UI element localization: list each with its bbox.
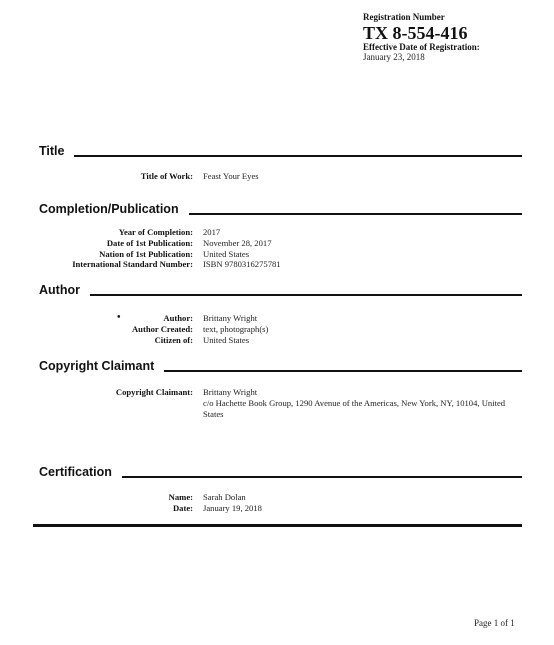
field-label: Date: [0,503,193,514]
field-value: November 28, 2017 [203,238,523,249]
field-label: Date of 1st Publication: [0,238,193,249]
field-row: Copyright Claimant: Brittany Wright c/o … [0,387,554,419]
section-author: Author [39,283,522,297]
field-label: Author Created: [0,324,193,335]
completion-fields: Year of Completion: 2017 Date of 1st Pub… [0,227,554,270]
field-row: Nation of 1st Publication: United States [0,249,554,260]
field-label: Copyright Claimant: [0,387,193,419]
claimant-name: Brittany Wright [203,387,523,398]
bullet-icon: • [117,312,121,323]
field-row: Citizen of: United States [0,335,554,346]
field-value: Feast Your Eyes [203,171,523,182]
field-label: Citizen of: [0,335,193,346]
section-divider [189,213,522,215]
section-title: Title [39,144,522,158]
field-value: ISBN 9780316275781 [203,259,523,270]
field-label: Name: [0,492,193,503]
field-label: Year of Completion: [0,227,193,238]
field-value: Brittany Wright c/o Hachette Book Group,… [203,387,523,419]
registration-number-label: Registration Number [363,12,480,23]
registration-number: TX 8-554-416 [363,24,480,42]
field-label: Nation of 1st Publication: [0,249,193,260]
section-claimant: Copyright Claimant [39,359,522,373]
field-row: Name: Sarah Dolan [0,492,554,503]
section-divider [164,370,522,372]
field-row: Year of Completion: 2017 [0,227,554,238]
section-certification: Certification [39,465,522,479]
field-label: Title of Work: [0,171,193,182]
section-divider [122,476,522,478]
field-row: Date: January 19, 2018 [0,503,554,514]
title-fields: Title of Work: Feast Your Eyes [0,171,554,182]
section-divider [74,155,522,157]
field-row: Author Created: text, photograph(s) [0,324,554,335]
section-divider [90,294,522,296]
field-value: 2017 [203,227,523,238]
section-heading-claimant: Copyright Claimant [39,359,154,373]
field-row: Title of Work: Feast Your Eyes [0,171,554,182]
registration-block: Registration Number TX 8-554-416 Effecti… [363,12,480,63]
field-row: International Standard Number: ISBN 9780… [0,259,554,270]
bottom-divider [33,524,522,527]
effective-date-label: Effective Date of Registration: [363,42,480,52]
field-value: Sarah Dolan [203,492,523,503]
page-number: Page 1 of 1 [474,618,515,628]
field-row: Date of 1st Publication: November 28, 20… [0,238,554,249]
author-fields: • Author: Brittany Wright Author Created… [0,313,554,345]
field-value: United States [203,335,523,346]
field-value: Brittany Wright [203,313,523,324]
effective-date: January 23, 2018 [363,52,480,63]
section-completion: Completion/Publication [39,202,522,216]
field-label: International Standard Number: [0,259,193,270]
certification-fields: Name: Sarah Dolan Date: January 19, 2018 [0,492,554,514]
section-heading-title: Title [39,144,64,158]
field-value: United States [203,249,523,260]
claimant-address: c/o Hachette Book Group, 1290 Avenue of … [203,398,523,420]
field-label: Author: [0,313,193,324]
field-value: January 19, 2018 [203,503,523,514]
section-heading-completion: Completion/Publication [39,202,179,216]
claimant-fields: Copyright Claimant: Brittany Wright c/o … [0,387,554,419]
section-heading-certification: Certification [39,465,112,479]
field-row: Author: Brittany Wright [0,313,554,324]
field-value: text, photograph(s) [203,324,523,335]
section-heading-author: Author [39,283,80,297]
